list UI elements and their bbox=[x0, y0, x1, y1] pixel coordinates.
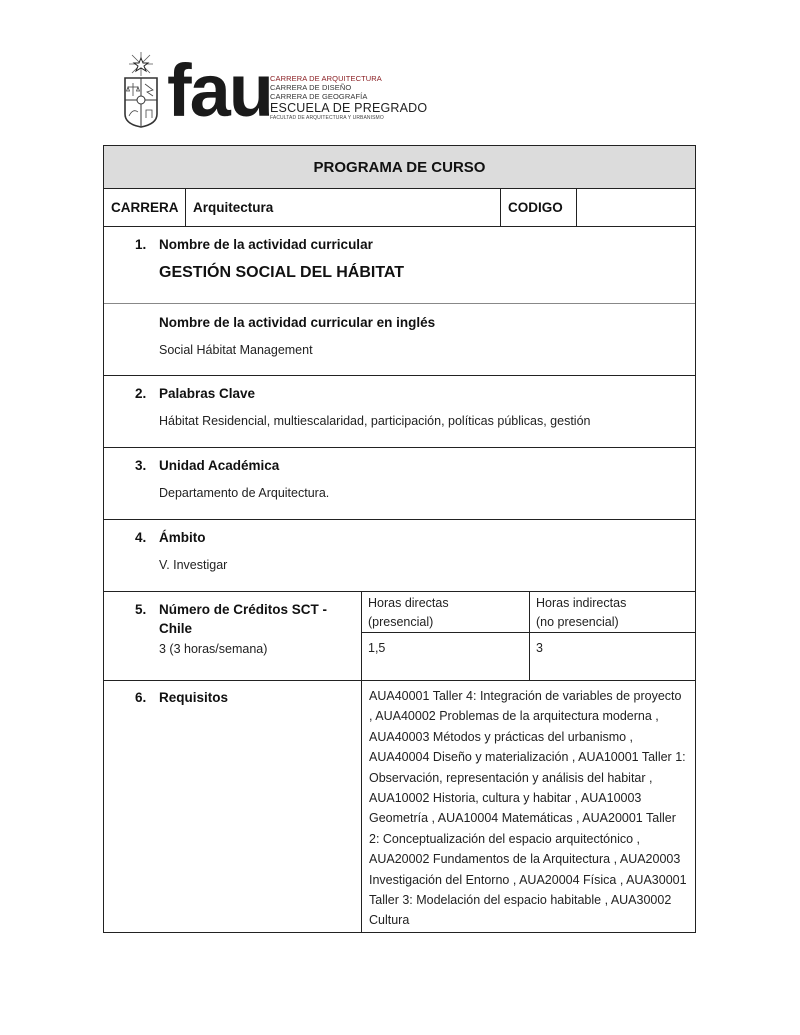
section-academic-unit: 3. Unidad Académica Departamento de Arqu… bbox=[104, 447, 695, 519]
indirect-hours-header: Horas indirectas (no presencial) bbox=[530, 592, 695, 633]
section-heading-cont: Chile bbox=[159, 621, 192, 636]
codigo-value bbox=[577, 189, 695, 226]
logo-line-geografia: CARRERA DE GEOGRAFÍA bbox=[270, 92, 470, 101]
direct-hours-header: Horas directas (presencial) bbox=[362, 592, 529, 633]
logo-faculty-name: FACULTAD DE ARQUITECTURA Y URBANISMO bbox=[270, 115, 470, 122]
direct-hours-value: 1,5 bbox=[362, 633, 529, 663]
section-heading: Ámbito bbox=[159, 530, 206, 545]
section-heading: Unidad Académica bbox=[159, 458, 279, 473]
section-requirements: 6. Requisitos AUA40001 Taller 4: Integra… bbox=[104, 680, 695, 932]
section-number: 1. bbox=[135, 237, 159, 252]
codigo-label: CODIGO bbox=[501, 189, 577, 226]
indirect-hours-label: Horas indirectas bbox=[536, 596, 626, 610]
document-title: PROGRAMA DE CURSO bbox=[104, 146, 695, 188]
section-heading: Nombre de la actividad curricular bbox=[159, 237, 373, 252]
scope-value: V. Investigar bbox=[135, 558, 695, 572]
logo-school-name: ESCUELA DE PREGRADO bbox=[270, 101, 470, 115]
section-heading: Palabras Clave bbox=[159, 386, 255, 401]
keywords-value: Hábitat Residencial, multiescalaridad, p… bbox=[135, 414, 695, 428]
indirect-hours-sublabel: (no presencial) bbox=[536, 615, 619, 629]
section-credits: 5. Número de Créditos SCT - Chile 3 (3 h… bbox=[104, 591, 695, 680]
indirect-hours-value: 3 bbox=[530, 633, 695, 663]
direct-hours-label: Horas directas bbox=[368, 596, 449, 610]
course-title: GESTIÓN SOCIAL DEL HÁBITAT bbox=[135, 264, 695, 282]
section-number: 6. bbox=[135, 690, 159, 705]
course-program-table: PROGRAMA DE CURSO CARRERA Arquitectura C… bbox=[103, 145, 696, 933]
academic-unit-value: Departamento de Arquitectura. bbox=[135, 486, 695, 500]
section-number: 3. bbox=[135, 458, 159, 473]
section-keywords: 2. Palabras Clave Hábitat Residencial, m… bbox=[104, 375, 695, 447]
credits-value: 3 (3 horas/semana) bbox=[135, 642, 361, 656]
carrera-row: CARRERA Arquitectura CODIGO bbox=[104, 188, 695, 226]
section-number: 5. bbox=[135, 600, 159, 638]
direct-hours-sublabel: (presencial) bbox=[368, 615, 433, 629]
section-number: 2. bbox=[135, 386, 159, 401]
section-course-name-english: Nombre de la actividad curricular en ing… bbox=[104, 303, 695, 375]
section-course-name: 1. Nombre de la actividad curricular GES… bbox=[104, 226, 695, 303]
logo-line-arquitectura: CARRERA DE ARQUITECTURA bbox=[270, 74, 470, 83]
course-name-english: Social Hábitat Management bbox=[135, 343, 695, 357]
carrera-value: Arquitectura bbox=[186, 189, 501, 226]
section-heading: Nombre de la actividad curricular en ing… bbox=[135, 315, 695, 330]
logo-text-block: CARRERA DE ARQUITECTURA CARRERA DE DISEÑ… bbox=[270, 74, 470, 122]
university-crest-icon bbox=[122, 50, 160, 128]
section-number: 4. bbox=[135, 530, 159, 545]
section-scope: 4. Ámbito V. Investigar bbox=[104, 519, 695, 591]
logo-line-diseno: CARRERA DE DISEÑO bbox=[270, 83, 470, 92]
brand-wordmark: fau bbox=[167, 56, 272, 126]
carrera-label: CARRERA bbox=[104, 189, 186, 226]
requirements-list: AUA40001 Taller 4: Integración de variab… bbox=[362, 681, 695, 932]
section-heading: Requisitos bbox=[159, 690, 228, 705]
section-heading: Número de Créditos SCT - bbox=[159, 602, 327, 617]
